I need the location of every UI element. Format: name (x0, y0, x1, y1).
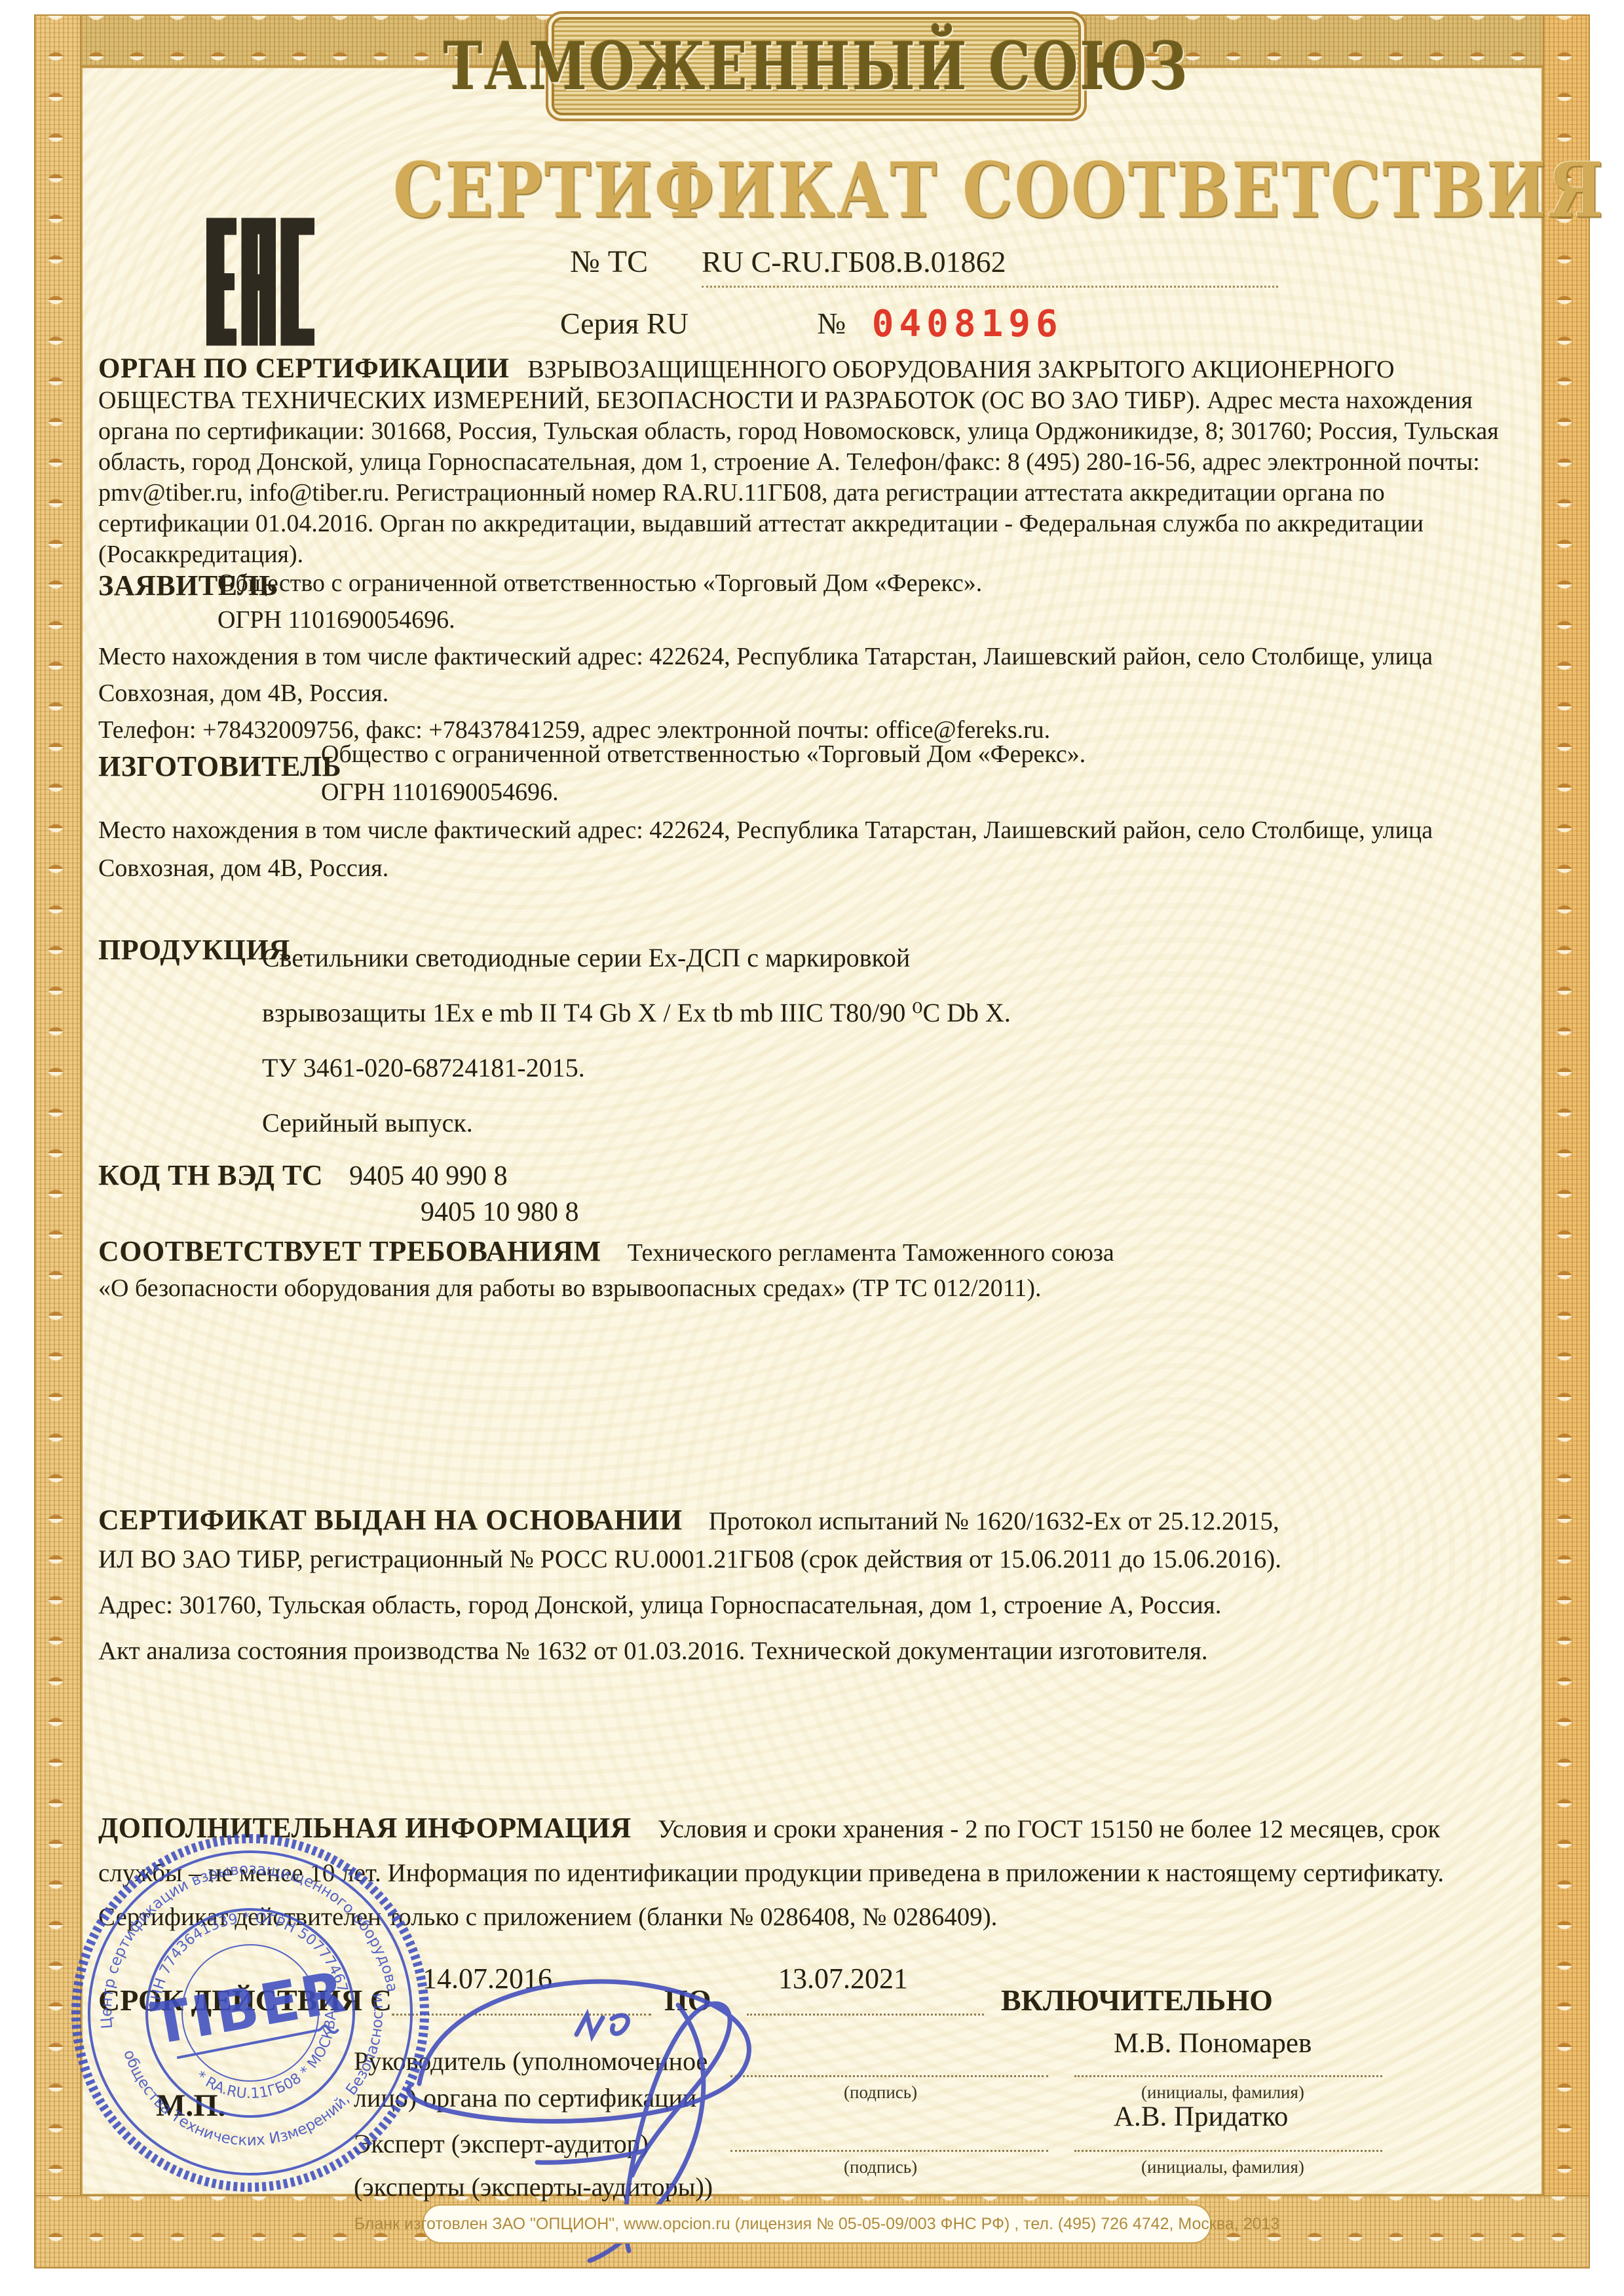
applicant-ogrn: ОГРН 1101690054696. (217, 602, 1530, 638)
basis-line-4: Акт анализа состояния производства № 163… (98, 1628, 1530, 1674)
validity-to-label: ПО (664, 1983, 711, 2018)
conforms-line-2: «О безопасности оборудования для работы … (98, 1268, 1530, 1309)
manufacturer-name: Общество с ограниченной ответственностью… (321, 735, 1530, 773)
eac-mark-icon (206, 216, 314, 347)
validity-to-date: 13.07.2021 (778, 1962, 908, 1995)
head-name: М.В. Пономарев (1114, 2027, 1312, 2059)
border-band-right (1543, 14, 1590, 2268)
certificate-title: СЕРТИФИКАТ СООТВЕТСТВИЯ (393, 146, 1232, 235)
cert-no-value: RU С-RU.ГБ08.В.01862 (702, 244, 1278, 288)
section-issued-on-basis: СЕРТИФИКАТ ВЫДАН НА ОСНОВАНИИ Протокол и… (98, 1503, 1530, 1674)
basis-line-1: Протокол испытаний № 1620/1632-Ех от 25.… (709, 1507, 1279, 1535)
conforms-label: СООТВЕТСТВУЕТ ТРЕБОВАНИЯМ (98, 1235, 601, 1267)
product-line-4: Серийный выпуск. (262, 1096, 1530, 1151)
blank-manufacturer-footer: Бланк изготовлен ЗАО "ОПЦИОН", www.opcio… (423, 2204, 1211, 2244)
footer-text: Бланк изготовлен ЗАО "ОПЦИОН", www.opcio… (354, 2215, 1280, 2234)
tnved-code-1: 9405 40 990 8 (349, 1161, 508, 1191)
product-line-2: взрывозащиты 1Ех е mb II Т4 Gb X / Ех tb… (262, 985, 1530, 1041)
cert-no-label: № ТС (570, 244, 648, 279)
series-serial-number: 0408196 (872, 303, 1063, 345)
expert-name-line (1074, 2149, 1382, 2152)
series-no-sign: № (817, 307, 846, 340)
banner-text: ТАМОЖЕННЫЙ СОЮЗ (444, 28, 1190, 105)
validity-to-line (747, 2013, 984, 2016)
applicant-label: ЗАЯВИТЕЛЬ (98, 569, 278, 602)
customs-union-banner: ТАМОЖЕННЫЙ СОЮЗ (552, 17, 1081, 115)
head-name-caption: (инициалы, фамилия) (1141, 2082, 1304, 2103)
applicant-name: Общество с ограниченной ответственностью… (217, 565, 1530, 602)
conforms-line-1: Технического регламента Таможенного союз… (628, 1239, 1114, 1267)
section-conforms-to: СООТВЕТСТВУЕТ ТРЕБОВАНИЯМ Технического р… (98, 1234, 1530, 1309)
head-signature-line (730, 2075, 1048, 2077)
product-line-1: Светильники светодиодные серии Ех-ДСП с … (262, 930, 1530, 985)
section-product: ПРОДУКЦИЯ Светильники светодиодные серии… (98, 930, 1530, 1151)
head-name-line (1074, 2075, 1382, 2077)
expert-name: А.В. Придатко (1114, 2101, 1288, 2133)
applicant-address: Место нахождения в том числе фактический… (98, 638, 1530, 712)
expert-name-caption: (инициалы, фамилия) (1141, 2157, 1304, 2177)
product-label: ПРОДУКЦИЯ (98, 933, 290, 966)
section-certification-body: ОРГАН ПО СЕРТИФИКАЦИИВЗРЫВОЗАЩИЩЕННОГО О… (98, 354, 1530, 570)
series-label: Серия RU (560, 307, 689, 340)
section-applicant: ЗАЯВИТЕЛЬ Общество с ограниченной ответс… (98, 565, 1530, 748)
basis-line-3: Адрес: 301760, Тульская область, город Д… (98, 1582, 1530, 1628)
manufacturer-label: ИЗГОТОВИТЕЛЬ (98, 750, 341, 783)
section-manufacturer: ИЗГОТОВИТЕЛЬ Общество с ограниченной отв… (98, 735, 1530, 887)
head-signature-caption: (подпись) (844, 2082, 917, 2103)
expert-signature-caption: (подпись) (844, 2157, 917, 2177)
section-tnved-code: КОД ТН ВЭД ТС 9405 40 990 8 9405 10 980 … (98, 1158, 1530, 1233)
manufacturer-ogrn: ОГРН 1101690054696. (321, 773, 1530, 811)
certification-body-text: ВЗРЫВОЗАЩИЩЕННОГО ОБОРУДОВАНИЯ ЗАКРЫТОГО… (98, 356, 1499, 568)
certification-body-label: ОРГАН ПО СЕРТИФИКАЦИИ (98, 353, 509, 384)
expert-signature-line (730, 2149, 1048, 2152)
tiber-round-stamp: Центр сертификации взрывозащищенного обо… (22, 1785, 478, 2240)
tnved-code-2: 9405 10 980 8 (421, 1192, 1530, 1233)
product-line-3: ТУ 3461-020-68724181-2015. (262, 1041, 1530, 1096)
validity-inclusive-label: ВКЛЮЧИТЕЛЬНО (1001, 1983, 1273, 2018)
basis-line-2: ИЛ ВО ЗАО ТИБР, регистрационный № РОСС R… (98, 1537, 1530, 1582)
series-row: Серия RU № 0408196 (560, 303, 1063, 345)
manufacturer-address: Место нахождения в том числе фактический… (98, 811, 1530, 887)
tnved-label: КОД ТН ВЭД ТС (98, 1159, 323, 1191)
certificate-number-row: № ТС RU С-RU.ГБ08.В.01862 (570, 244, 1278, 288)
certificate-page: { "page": { "banner": "ТАМОЖЕННЫЙ СОЮЗ",… (0, 0, 1624, 2296)
basis-label: СЕРТИФИКАТ ВЫДАН НА ОСНОВАНИИ (98, 1504, 683, 1536)
